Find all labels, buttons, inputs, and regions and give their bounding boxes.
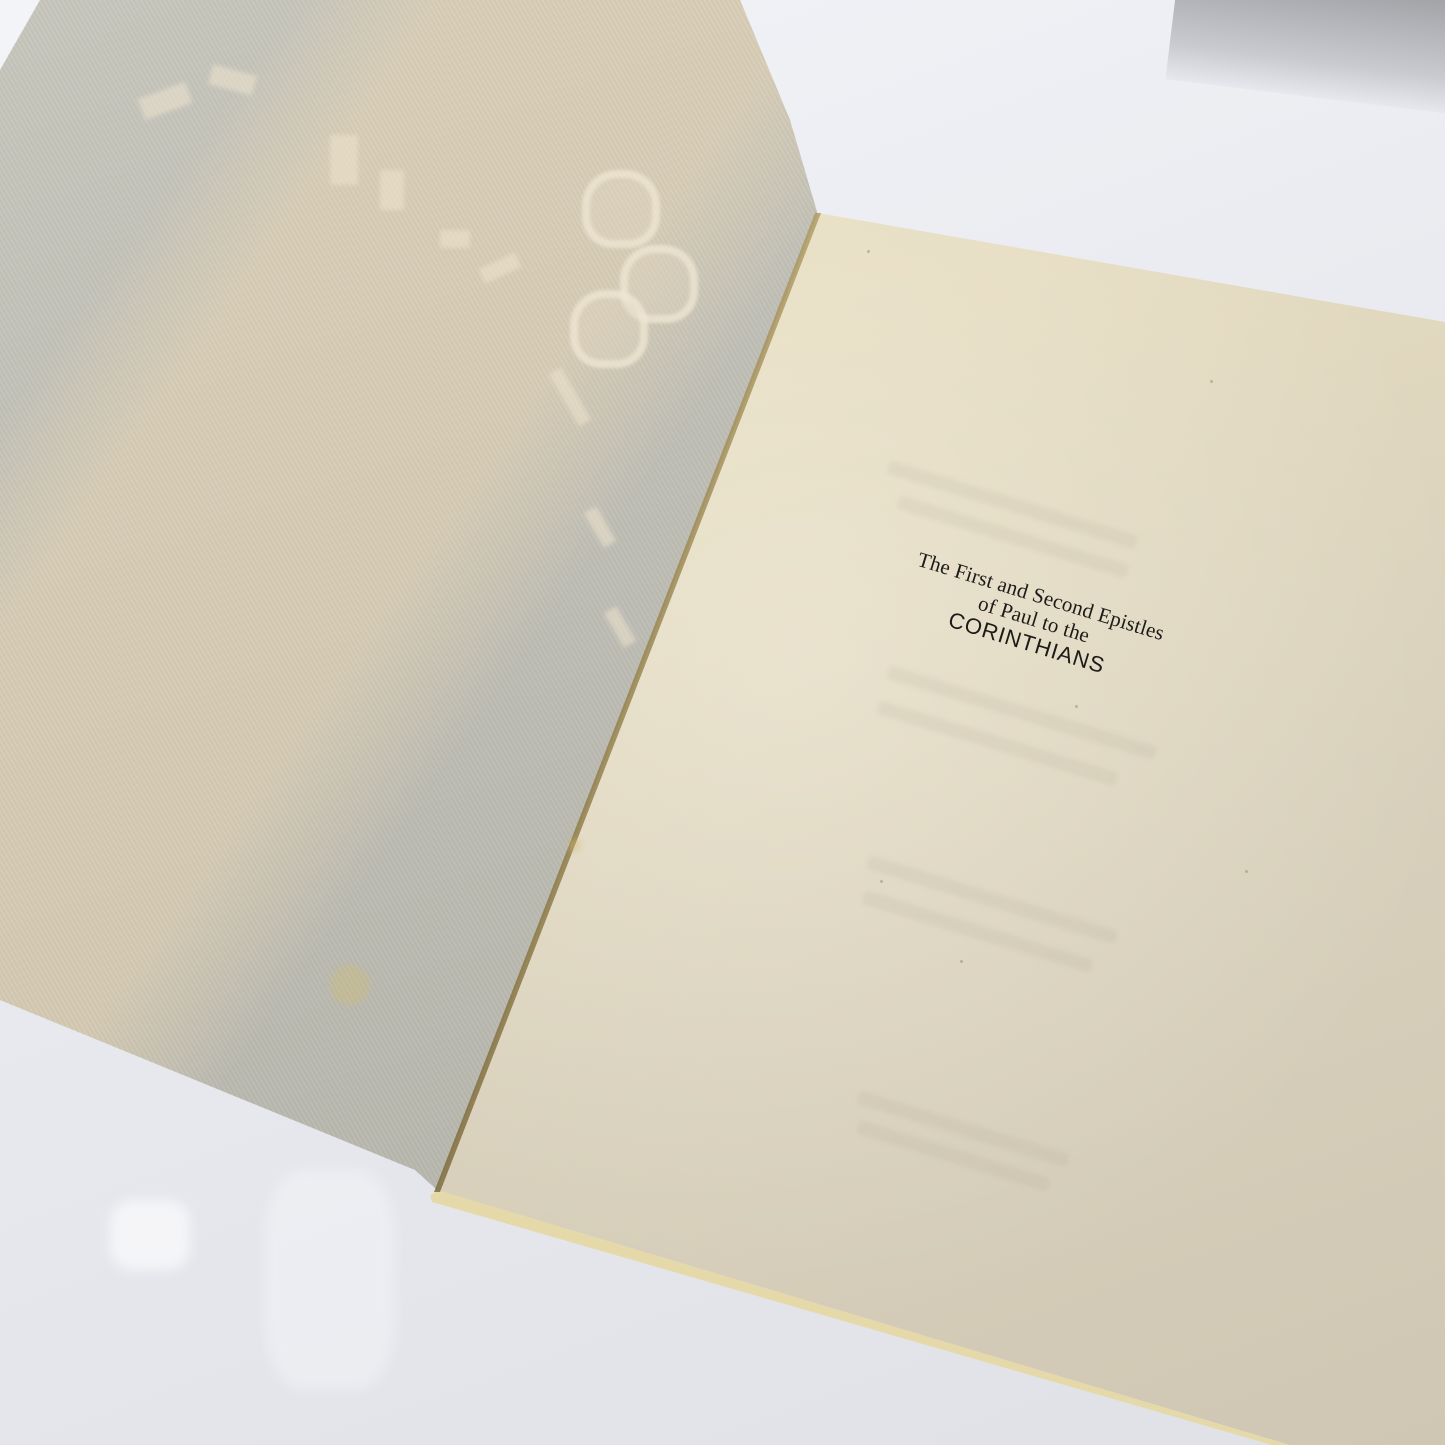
- paper-speck: [867, 250, 870, 253]
- cover-emboss-mark: [330, 135, 358, 185]
- cover-flower-emboss: [582, 170, 660, 248]
- paper-speck: [880, 880, 883, 883]
- surface-reflection: [110, 1200, 190, 1270]
- photo-scene: The First and Second Epistles of Paul to…: [0, 0, 1445, 1445]
- background-object: [1165, 0, 1445, 118]
- surface-reflection: [265, 1170, 395, 1390]
- paper-speck: [1210, 380, 1213, 383]
- cover-flower-emboss: [570, 290, 648, 368]
- paper-speck: [1075, 705, 1078, 708]
- page-stain: [567, 838, 581, 852]
- cover-emboss-mark: [380, 170, 404, 210]
- cover-emboss-mark: [440, 230, 470, 248]
- paper-speck: [960, 960, 963, 963]
- paper-speck: [1245, 870, 1248, 873]
- cover-stain: [330, 965, 370, 1005]
